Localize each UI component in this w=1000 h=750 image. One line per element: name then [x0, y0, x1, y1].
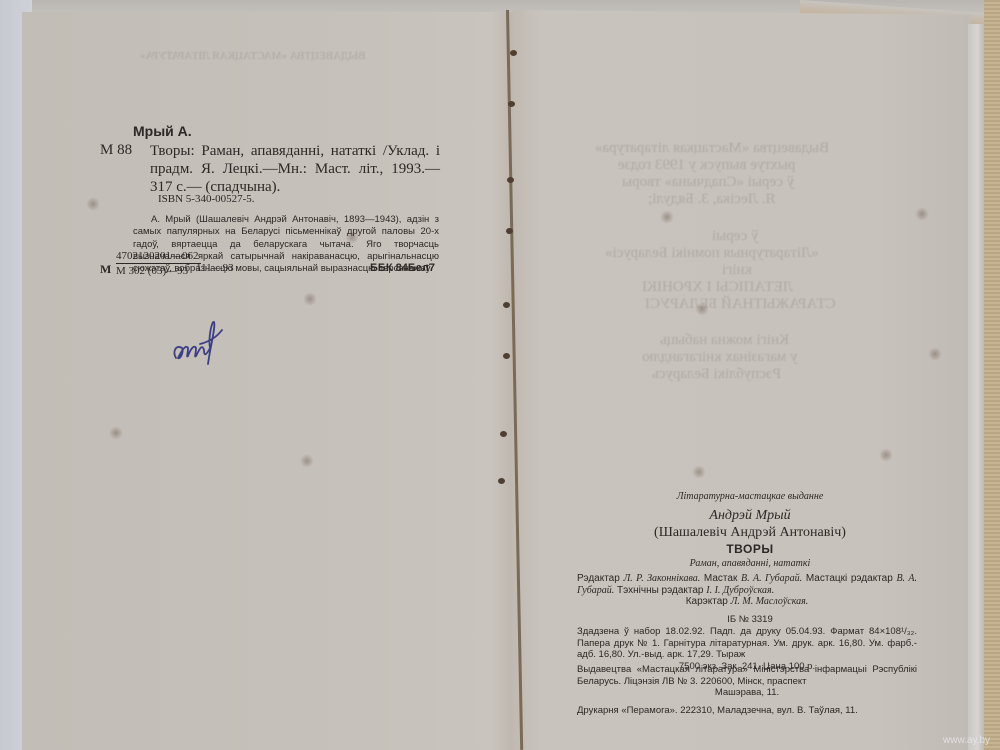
index-numerator: 4702120201—062	[116, 250, 201, 264]
bleed-through-text: ў серыі «Спадчына» творы	[622, 174, 794, 191]
tech-editor-name: І. І. Дуброўская.	[706, 585, 774, 596]
foxing-spot	[879, 448, 893, 462]
book-cover-edge	[984, 0, 1000, 750]
tech-editor-label: Тэхнічны рэдактар	[617, 585, 703, 596]
page-stack-edge	[968, 24, 984, 750]
edition-type: Літаратурна-мастацкае выданне	[580, 491, 920, 502]
foxing-spot	[928, 347, 942, 361]
author-real-name: (Шашалевіч Андрэй Антонавіч)	[580, 525, 920, 541]
stitch	[507, 177, 514, 183]
bleed-through-text: ВЫДАВЕЦТВА «МАСТАЦКАЯ ЛІТАРАТУРА»	[140, 50, 365, 62]
bleed-through-text: «Літаратурныя помнікі Беларусі»	[605, 245, 819, 262]
bleed-through-text: СТАРАЖЫТНАЙ БЕЛАРУСІ	[645, 296, 836, 313]
book-title: ТВОРЫ	[580, 542, 920, 556]
bbk-classification: ББК 84Бел7	[370, 262, 435, 274]
foxing-spot	[303, 292, 317, 306]
bibliographic-entry: Творы: Раман, апавяданні, нататкі /Уклад…	[150, 142, 440, 196]
foxing-spot	[660, 210, 674, 224]
index-prefix: М	[100, 262, 111, 277]
publisher-info: Выдавецтва «Мастацкая літаратура» Мініст…	[577, 664, 917, 699]
publisher-address-end: Машэрава, 11.	[577, 687, 917, 699]
bleed-through-text: Я. Лесіка, З. Бядулі;	[648, 191, 775, 208]
bleed-through-text: рыхтуе выпуск у 1993 годзе	[618, 157, 795, 174]
foxing-spot	[692, 465, 706, 479]
index-fraction: 4702120201—062 М 302 (03)—93	[116, 250, 201, 277]
foxing-spot	[86, 197, 100, 211]
foxing-spot	[915, 207, 929, 221]
stitch	[506, 228, 513, 234]
artist-name: В. А. Губарай.	[741, 573, 802, 584]
editor-name: Л. Р. Законнікава.	[623, 573, 700, 584]
handwritten-signature	[170, 308, 230, 368]
index-denominator: М 302 (03)—93	[116, 264, 201, 277]
editor-label: Рэдактар	[577, 573, 620, 584]
print-specs: Здадзена ў набор 18.02.92. Падп. да друк…	[577, 626, 917, 660]
isbn: ISBN 5-340-00527-5.	[158, 193, 255, 205]
publisher-text: Выдавецтва «Мастацкая літаратура» Мініст…	[577, 664, 917, 687]
art-editor-label: Мастацкі рэдактар	[806, 573, 893, 584]
bleed-through-text: Кнігі можна набыць	[660, 332, 789, 349]
bleed-through-text: ў серыі	[712, 228, 759, 245]
foxing-spot	[109, 426, 123, 440]
book-subtitle: Раман, апавяданні, нататкі	[580, 558, 920, 569]
catalog-code: М 88	[100, 142, 132, 159]
proofreader-line: Карэктар Л. М. Маслоўская.	[577, 596, 917, 608]
stitch	[498, 478, 505, 484]
bleed-through-text: Рэспублікі Беларусь	[652, 366, 781, 383]
ib-number: ІБ № 3319	[580, 614, 920, 625]
site-watermark: www.ay.by	[943, 735, 990, 746]
bleed-through-text: кнігі	[722, 262, 752, 279]
author-name: Андрэй Мрый	[580, 508, 920, 524]
left-page	[22, 12, 512, 750]
stitch	[503, 302, 510, 308]
proofreader-label: Карэктар	[686, 596, 728, 607]
catalog-author-heading: Мрый А.	[133, 123, 192, 139]
index-suffix: 111—93	[196, 262, 234, 274]
stitch	[503, 353, 510, 359]
foxing-spot	[300, 454, 314, 468]
stitch	[508, 101, 515, 107]
stitch	[500, 431, 507, 437]
bleed-through-text: Выдавецтва «Мастацкая літаратура»	[595, 140, 829, 157]
stitch	[510, 50, 517, 56]
bleed-through-text: ЛЕТАПІСЫ І ХРОНІКІ	[642, 279, 793, 296]
printer-info: Друкарня «Перамога». 222310, Маладзечна,…	[577, 705, 917, 716]
editorial-credits: Рэдактар Л. Р. Законнікава. Мастак В. А.…	[577, 573, 917, 608]
bleed-through-text: у магазінах кнігагандлю	[642, 349, 798, 366]
proofreader-name: Л. М. Маслоўская.	[731, 596, 809, 607]
artist-label: Мастак	[704, 573, 737, 584]
